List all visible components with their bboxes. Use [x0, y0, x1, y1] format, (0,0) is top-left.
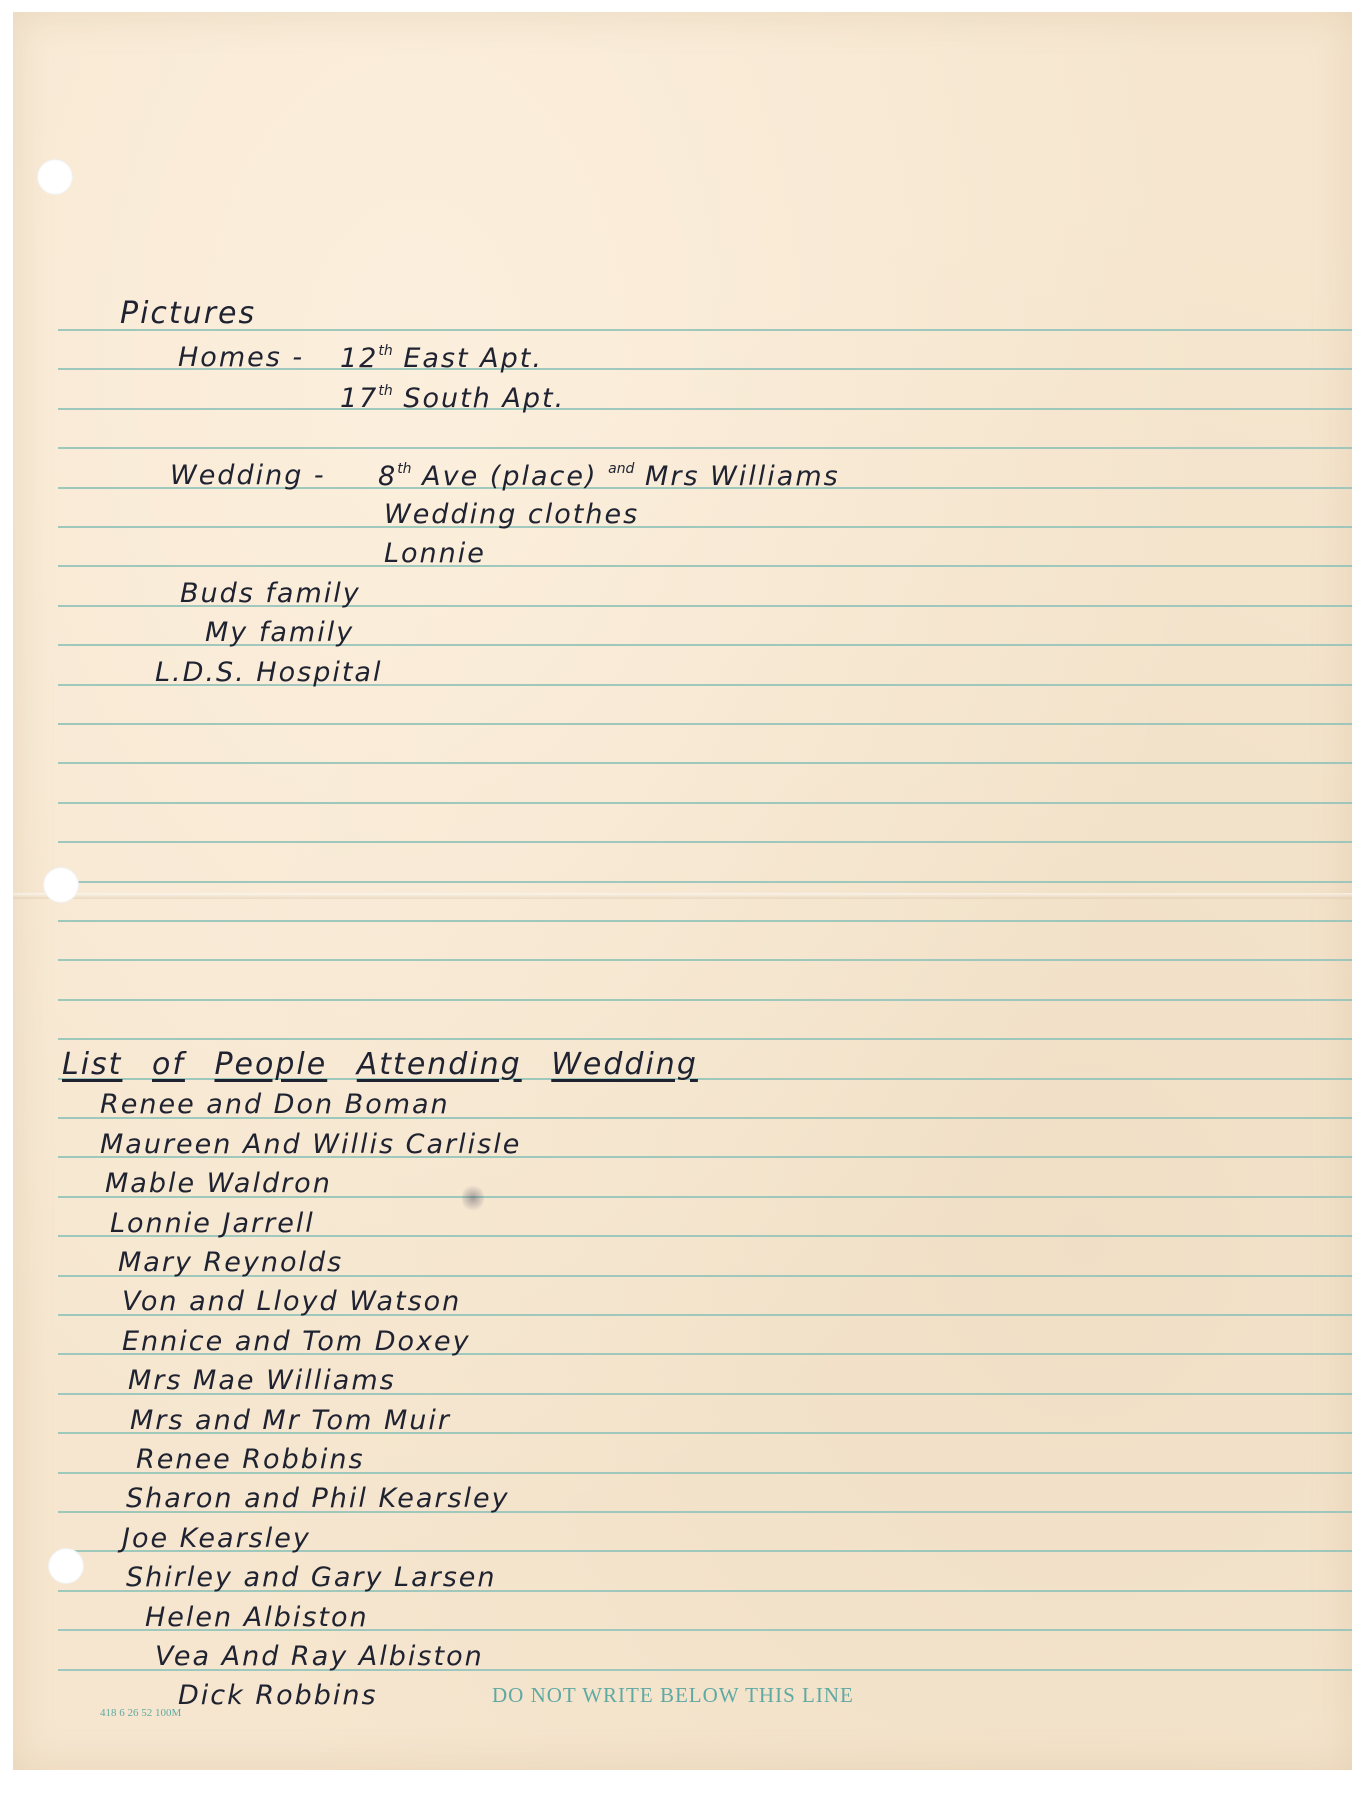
homes-label: Homes - [178, 344, 304, 371]
wedding-label: Wedding - [170, 462, 326, 489]
paper-fold-crease [13, 893, 1352, 899]
attendee-item: Lonnie Jarrell [110, 1210, 315, 1237]
attendee-item: Shirley and Gary Larsen [126, 1564, 497, 1591]
attendee-item: Sharon and Phil Kearsley [126, 1485, 510, 1512]
ruled-line [58, 881, 1352, 883]
ruled-line [58, 565, 1352, 567]
attendee-item: Von and Lloyd Watson [122, 1288, 461, 1315]
attendee-item: Joe Kearsley [122, 1525, 311, 1552]
ruled-line [58, 841, 1352, 843]
pictures-item-lds-hospital: L.D.S. Hospital [155, 659, 382, 686]
ruled-line [58, 920, 1352, 922]
ruled-line [58, 408, 1352, 410]
attendee-item: Dick Robbins [178, 1682, 378, 1709]
do-not-write-notice: DO NOT WRITE BELOW THIS LINE [492, 1683, 854, 1708]
ruled-line [58, 526, 1352, 528]
attendee-item: Vea And Ray Albiston [155, 1643, 484, 1670]
attendee-item: Ennice and Tom Doxey [122, 1328, 471, 1355]
punch-hole-middle [43, 867, 79, 903]
attendee-item: Renee Robbins [136, 1446, 365, 1473]
attendee-item: Renee and Don Boman [100, 1091, 450, 1118]
pictures-item-my-family: My family [205, 619, 354, 646]
attendees-heading: List of People Attending Wedding [62, 1050, 698, 1080]
wedding-item-3: Lonnie [384, 540, 486, 567]
wedding-item-2: Wedding clothes [384, 501, 639, 528]
attendee-item: Mrs Mae Williams [128, 1367, 396, 1394]
form-code: 418 6 26 52 100M [100, 1707, 181, 1719]
ink-smudge [462, 1183, 484, 1213]
ruled-line [58, 762, 1352, 764]
attendee-item: Helen Albiston [145, 1604, 369, 1631]
ruled-line [58, 959, 1352, 961]
pictures-heading: Pictures [120, 299, 256, 329]
punch-hole-bottom [48, 1548, 84, 1584]
pictures-item-buds-family: Buds family [180, 580, 361, 607]
home-item-1: 12th East Apt. [340, 344, 543, 372]
attendee-item: Maureen And Willis Carlisle [100, 1131, 521, 1158]
ruled-line [58, 802, 1352, 804]
punch-hole-top [37, 159, 73, 195]
ruled-line [58, 999, 1352, 1001]
attendee-item: Mable Waldron [105, 1170, 332, 1197]
wedding-item-1: 8th Ave (place) and Mrs Williams [378, 462, 840, 490]
attendee-item: Mary Reynolds [118, 1249, 343, 1276]
ruled-line [58, 447, 1352, 449]
ruled-line [58, 723, 1352, 725]
home-item-2: 17th South Apt. [340, 384, 565, 412]
ruled-line [58, 1038, 1352, 1040]
attendee-item: Mrs and Mr Tom Muir [130, 1407, 451, 1434]
